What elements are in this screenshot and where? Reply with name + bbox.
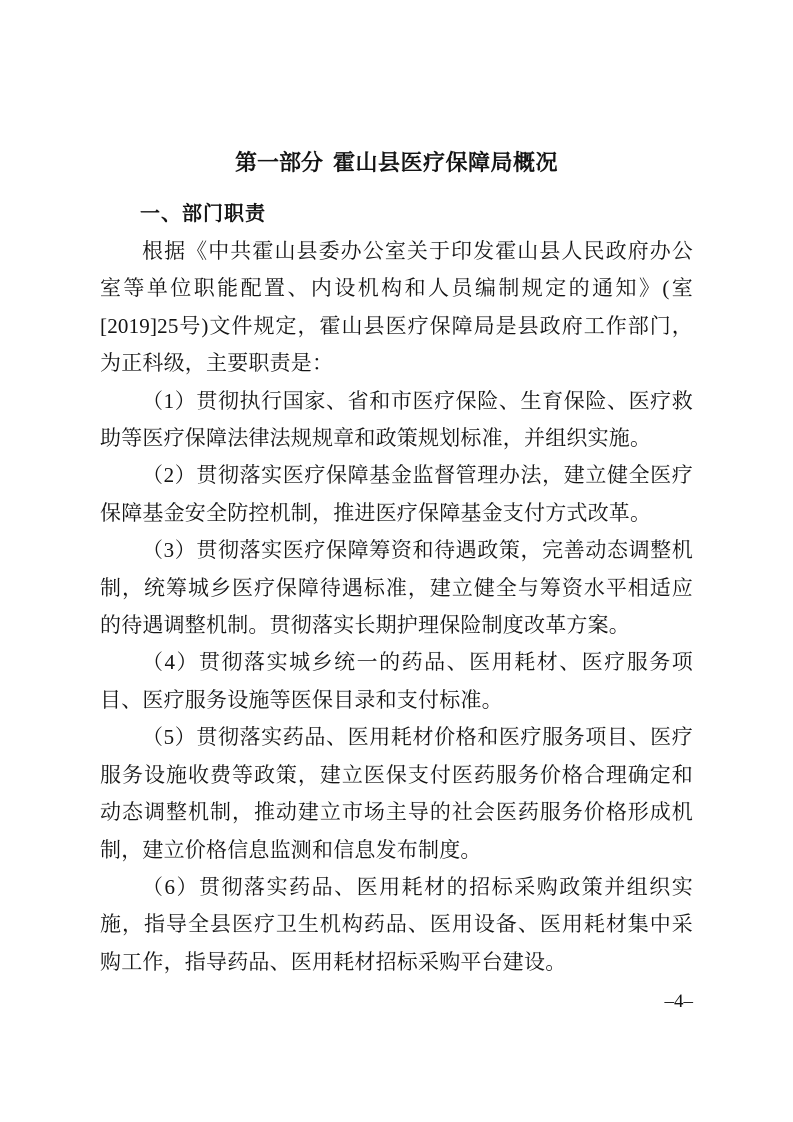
page-number: –4– [665,991,694,1013]
page-title-section-label: 第一部分 [235,150,323,175]
document-page: 第一部分霍山县医疗保障局概况 一、部门职责 根据《中共霍山县委办公室关于印发霍山… [0,0,793,1122]
paragraph-intro: 根据《中共霍山县委办公室关于印发霍山县人民政府办公室等单位职能配置、内设机构和人… [100,233,693,383]
paragraph-duty-5: （5）贯彻落实药品、医用耗材价格和医疗服务项目、医疗服务设施收费等政策，建立医保… [100,719,693,869]
paragraph-duty-4: （4）贯彻落实城乡统一的药品、医用耗材、医疗服务项目、医疗服务设施等医保目录和支… [100,644,693,719]
page-content: 第一部分霍山县医疗保障局概况 一、部门职责 根据《中共霍山县委办公室关于印发霍山… [100,0,693,981]
paragraph-duty-2: （2）贯彻落实医疗保障基金监督管理办法，建立健全医疗保障基金安全防控机制，推进医… [100,457,693,532]
page-title-bureau-name: 霍山县医疗保障局概况 [333,150,558,175]
section-heading-department-duties: 一、部门职责 [100,200,693,228]
body-text: 根据《中共霍山县委办公室关于印发霍山县人民政府办公室等单位职能配置、内设机构和人… [100,233,693,981]
page-title: 第一部分霍山县医疗保障局概况 [100,148,693,178]
paragraph-duty-3: （3）贯彻落实医疗保障筹资和待遇政策，完善动态调整机制，统筹城乡医疗保障待遇标准… [100,532,693,644]
paragraph-duty-1: （1）贯彻执行国家、省和市医疗保险、生育保险、医疗救助等医疗保障法律法规规章和政… [100,383,693,458]
paragraph-duty-6: （6）贯彻落实药品、医用耗材的招标采购政策并组织实施，指导全县医疗卫生机构药品、… [100,869,693,981]
